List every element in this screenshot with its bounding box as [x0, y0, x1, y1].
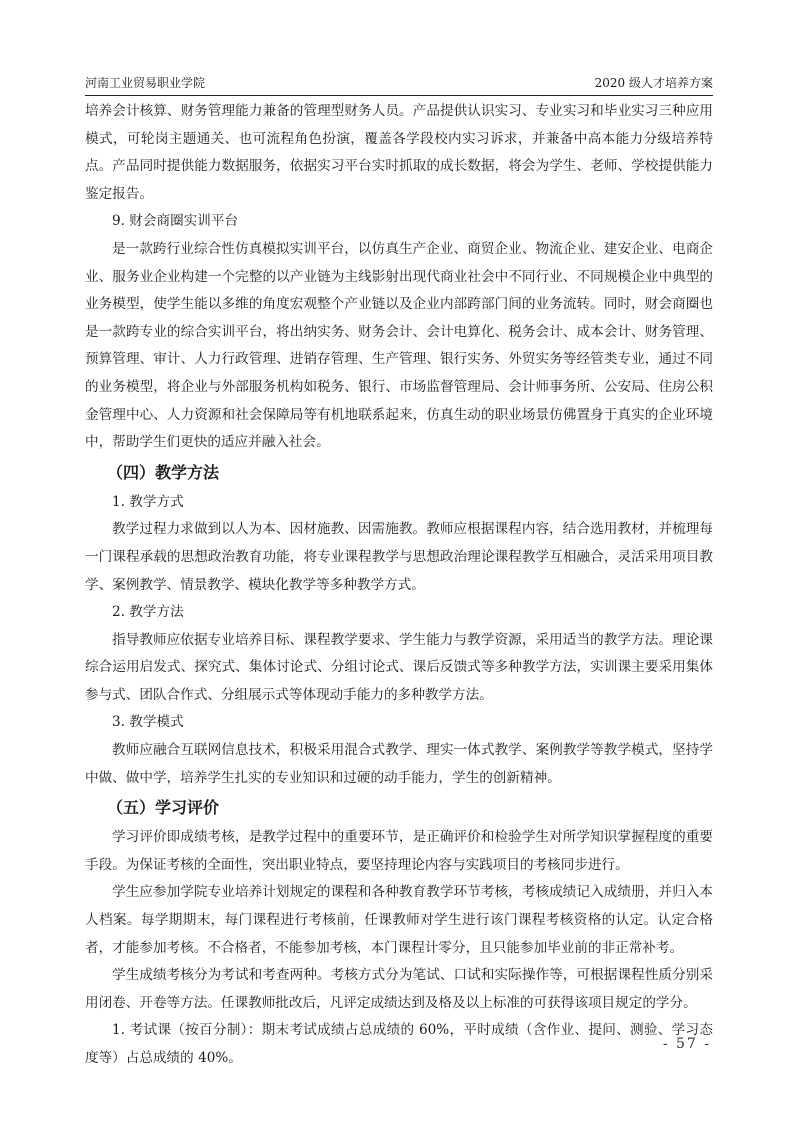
item-heading: 2. 教学方法	[85, 599, 713, 627]
header-divider	[85, 95, 713, 96]
paragraph: 培养会计核算、财务管理能力兼备的管理型财务人员。产品提供认识实习、专业实习和毕业…	[85, 98, 713, 208]
page-number: - 57 -	[663, 1036, 711, 1052]
item-heading: 3. 教学模式	[85, 709, 713, 737]
header-institution: 河南工业贸易职业学院	[85, 74, 205, 92]
paragraph: 学习评价即成绩考核，是教学过程中的重要环节，是正确评价和检验学生对所学知识掌握程…	[85, 824, 713, 879]
header-document-title: 2020 级人才培养方案	[595, 74, 713, 92]
paragraph: 是一款跨行业综合性仿真模拟实训平台，以仿真生产企业、商贸企业、物流企业、建安企业…	[85, 236, 713, 457]
section-heading: （五）学习评价	[85, 792, 713, 824]
paragraph: 教学过程力求做到以人为本、因材施教、因需施教。教师应根据课程内容，结合选用教材，…	[85, 516, 713, 599]
paragraph: 学生应参加学院专业培养计划规定的课程和各种教育教学环节考核，考核成绩记入成绩册，…	[85, 879, 713, 962]
item-heading: 9. 财会商圈实训平台	[85, 208, 713, 236]
page-header: 河南工业贸易职业学院 2020 级人才培养方案	[85, 74, 713, 92]
section-heading: （四）教学方法	[85, 457, 713, 489]
paragraph: 教师应融合互联网信息技术，积极采用混合式教学、理实一体式教学、案例教学等教学模式…	[85, 737, 713, 792]
paragraph: 1. 考试课（按百分制）：期末考试成绩占总成绩的 60%，平时成绩（含作业、提问…	[85, 1017, 713, 1072]
paragraph: 指导教师应依据专业培养目标、课程教学要求、学生能力与教学资源，采用适当的教学方法…	[85, 627, 713, 710]
item-heading: 1. 教学方式	[85, 489, 713, 517]
paragraph: 学生成绩考核分为考试和考查两种。考核方式分为笔试、口试和实际操作等，可根据课程性…	[85, 962, 713, 1017]
page-content: 培养会计核算、财务管理能力兼备的管理型财务人员。产品提供认识实习、专业实习和毕业…	[85, 98, 713, 1073]
